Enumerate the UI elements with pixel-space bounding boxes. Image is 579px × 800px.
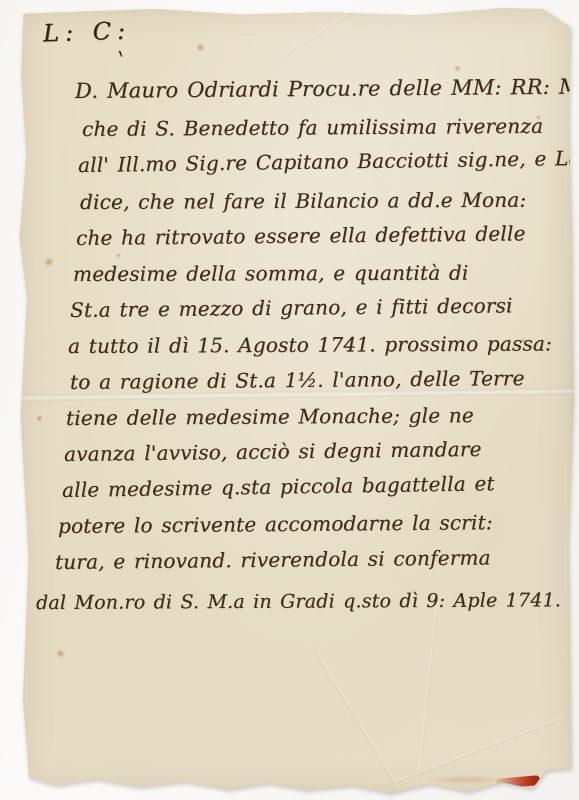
handwritten-line-07: St.a tre e mezzo di grano, e i fitti dec… — [70, 293, 513, 322]
handwritten-dateline: dal Mon.ro di S. M.a in Gradi q.sto dì 9… — [36, 589, 561, 614]
header-mark: L: C: — [43, 16, 132, 47]
handwritten-line-01: D. Mauro Odriardi Procu.re delle MM: RR:… — [75, 74, 579, 103]
wax-seal-smear — [426, 775, 506, 784]
foxing-spot — [116, 253, 121, 258]
handwritten-line-06: medesime della somma, e quantità di — [73, 261, 469, 286]
photo-backdrop: L: C: ˋ D. Mauro Odriardi Procu.re delle… — [0, 0, 579, 800]
handwritten-line-11: avanza l'avviso, acciò si degni mandare — [64, 437, 482, 466]
fold-crease-top-right — [279, 0, 377, 60]
foxing-spot — [454, 65, 461, 72]
handwritten-line-05: che ha ritrovato essere ella defettiva d… — [76, 221, 526, 250]
foxing-spot — [36, 415, 43, 422]
handwritten-line-04: dice, che nel fare il Bilancio a dd.e Mo… — [80, 188, 526, 214]
foxing-spot — [44, 257, 54, 267]
handwritten-line-03: all' Ill.mo Sig.re Capitano Bacciotti si… — [78, 146, 579, 177]
handwritten-line-10: tiene delle medesime Monache; gle ne — [66, 403, 474, 430]
handwritten-line-12: alle medesime q.sta piccola bagattella e… — [62, 471, 495, 502]
manuscript-paper-wrap: L: C: ˋ D. Mauro Odriardi Procu.re delle… — [0, 0, 579, 800]
handwritten-line-09: to a ragione di St.a 1½. l'anno, delle T… — [70, 366, 525, 394]
manuscript-page: L: C: ˋ D. Mauro Odriardi Procu.re delle… — [18, 5, 574, 795]
handwritten-line-14: tura, e rinovand. riverendola si conferm… — [55, 545, 491, 574]
handwritten-line-08: a tutto il dì 15. Agosto 1741. prossimo … — [68, 331, 552, 358]
fold-crease-bottom-right — [394, 716, 565, 784]
fold-crease-bottom-left — [315, 651, 399, 788]
foxing-spot — [56, 649, 65, 658]
handwritten-line-02: che di S. Benedetto fa umilissima rivere… — [82, 114, 543, 141]
pen-stray-mark: ˋ — [108, 48, 130, 81]
handwritten-line-13: potere lo scrivente accomodarne la scrit… — [58, 510, 493, 538]
fold-crease-vertical — [416, 603, 438, 787]
foxing-spot — [196, 43, 205, 52]
